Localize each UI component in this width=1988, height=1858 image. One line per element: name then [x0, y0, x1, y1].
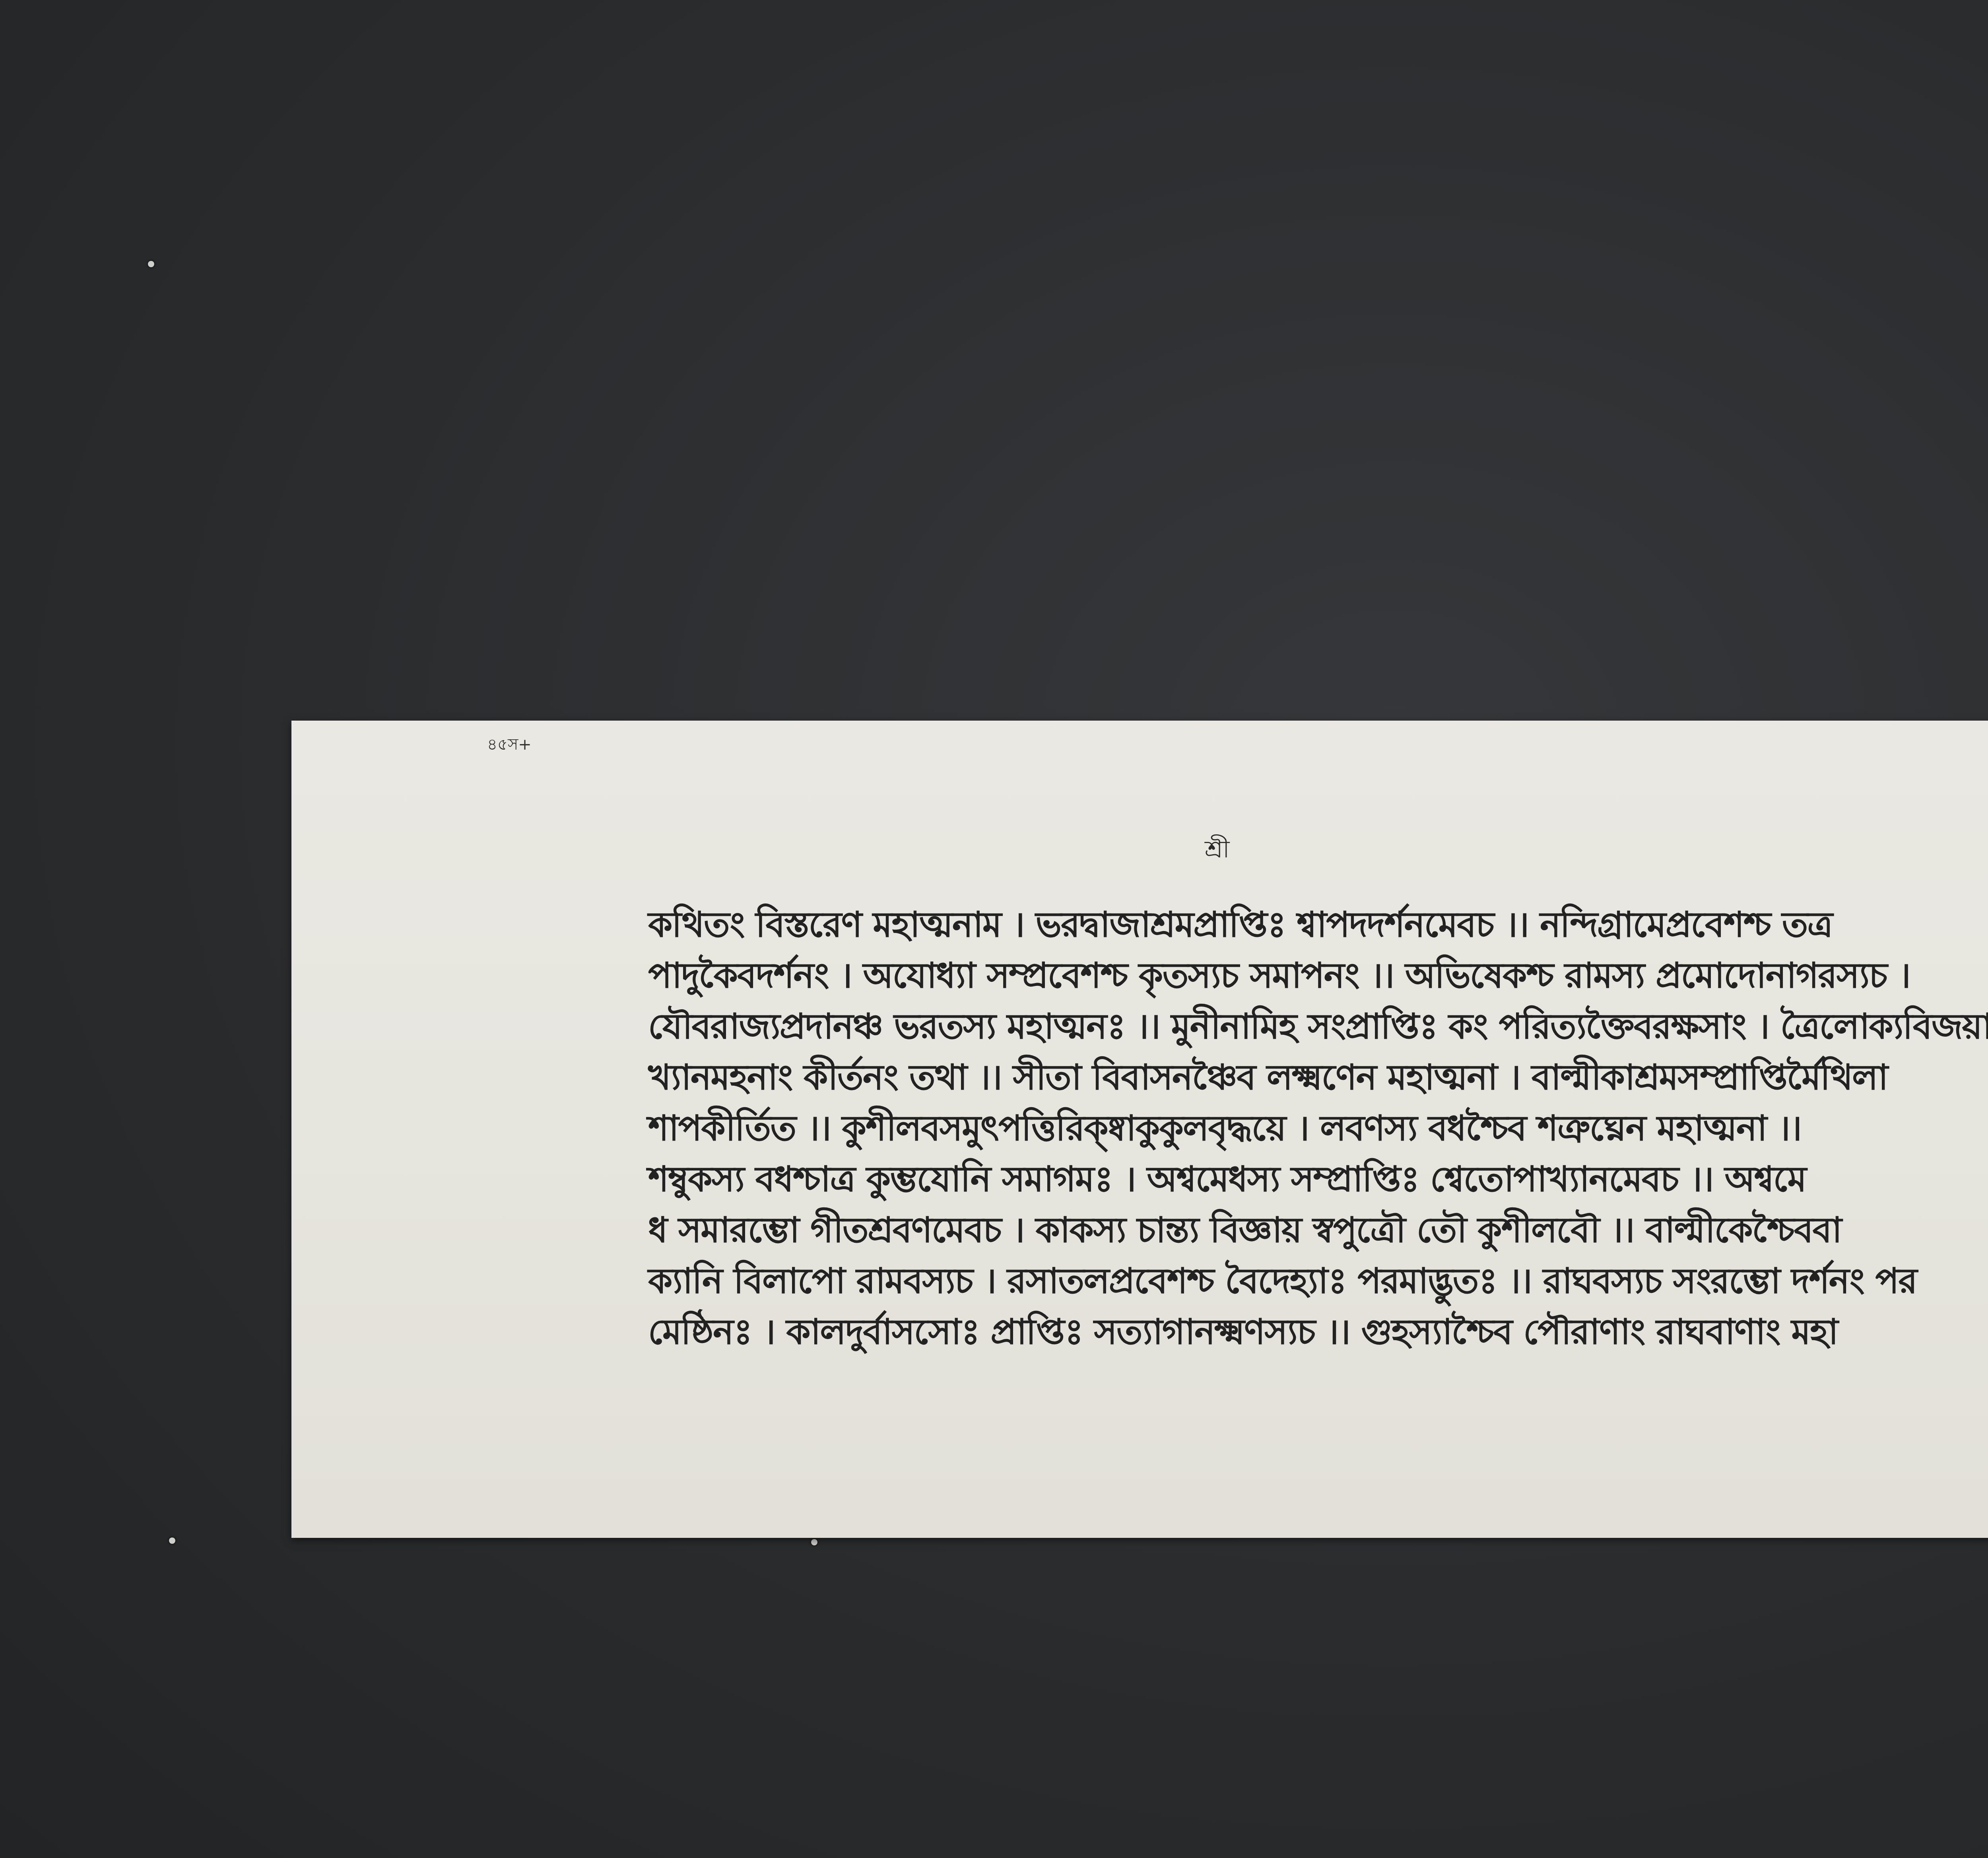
- text-line: ক্যানি বিলাপো রামবস্যচ । রসাতলপ্রবেশশ্চ …: [648, 1255, 1988, 1306]
- text-line: কথিতং বিস্তরেণ মহাত্মনাম । ভরদ্বাজাশ্রমপ…: [648, 899, 1988, 950]
- pin-marker: [811, 1539, 817, 1545]
- text-line: পাদুকৈবদর্শনং । অযোধ্যা সম্প্রবেশশ্চ কৃত…: [648, 950, 1988, 1001]
- invocation-mark: শ্রী: [1205, 831, 1229, 871]
- manuscript-text: কথিতং বিস্তরেণ মহাত্মনাম । ভরদ্বাজাশ্রমপ…: [648, 899, 1988, 1357]
- text-line: যৌবরাজ্যপ্রদানঞ্চ ভরতস্য মহাত্মনঃ ।। মুন…: [648, 1001, 1988, 1051]
- pin-marker: [169, 1537, 175, 1544]
- text-line: খ্যানমহনাং কীর্তনং তথা ।। সীতা বিবাসনঞ্চ…: [648, 1051, 1988, 1102]
- text-line: মেষ্ঠিনঃ । কালদুর্বাসসোঃ প্রাপ্তিঃ সত্যা…: [648, 1306, 1988, 1357]
- text-line: শম্বুকস্য বধশ্চাত্র কুম্ভযোনি সমাগমঃ । অ…: [648, 1153, 1988, 1204]
- folio-number: ৪৫স+: [487, 732, 532, 758]
- text-line: ধ সমারম্ভো গীতশ্রবণমেবচ । কাকস্য চান্ত্য…: [648, 1204, 1988, 1255]
- text-line: শাপকীর্তিত ।। কুশীলবসমুৎপত্তিরিক্ষ্বাকুক…: [648, 1102, 1988, 1153]
- pin-marker: [148, 261, 154, 267]
